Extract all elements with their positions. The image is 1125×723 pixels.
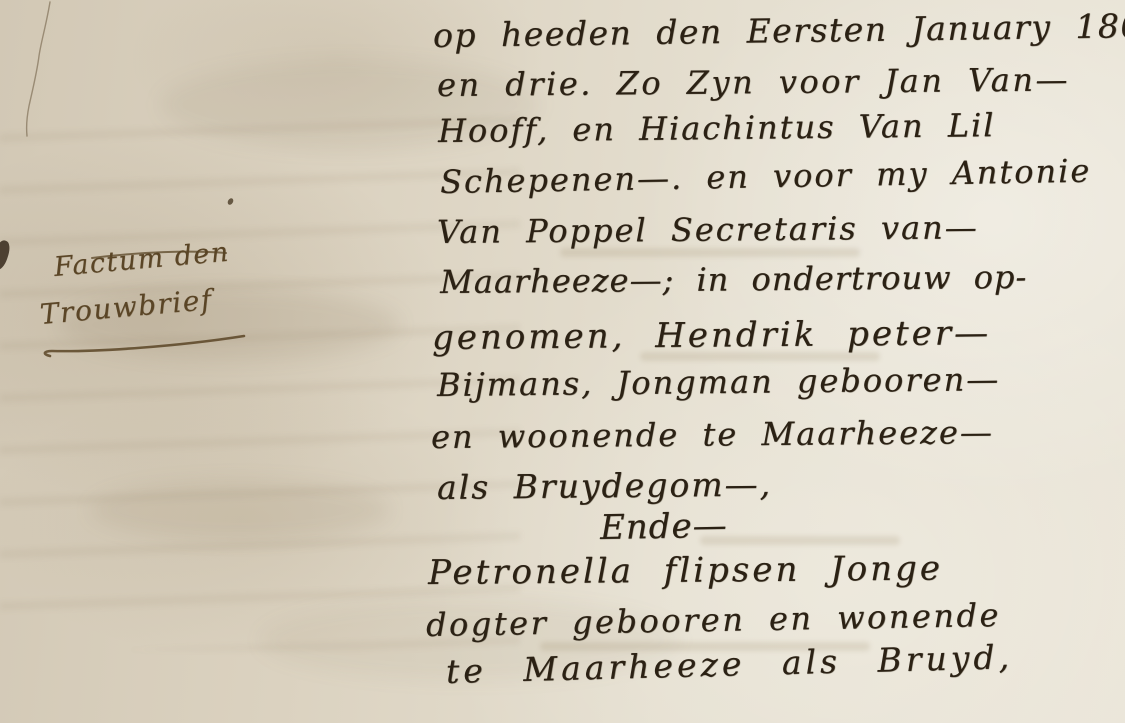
margin-note-underline-flourish xyxy=(45,336,244,356)
handwritten-line: Petronella flipsen Jonge xyxy=(428,549,943,593)
handwritten-line: Bijmans, Jongman gebooren— xyxy=(437,360,1001,404)
margin-note: Factum den Trouwbrief xyxy=(30,244,290,364)
handwritten-line: Hooff, en Hiachintus Van Lil xyxy=(438,106,996,150)
margin-note-line: Factum den xyxy=(53,237,231,283)
handwritten-line: Ende— xyxy=(600,506,728,548)
handwritten-line: Schepenen—. en voor my Antonie xyxy=(440,152,1092,201)
ink-fleck xyxy=(227,197,235,206)
manuscript-page: Factum den Trouwbrief op heeden den Eers… xyxy=(0,0,1125,723)
handwritten-line: op heeden den Eersten January 1800 xyxy=(433,6,1125,55)
handwritten-line: te Maarheeze als Bruyd, xyxy=(445,637,1013,691)
paper-crease-line xyxy=(0,0,120,140)
handwritten-line: Van Poppel Secretaris van— xyxy=(437,208,979,251)
handwritten-line: en woonende te Maarheeze— xyxy=(431,413,994,456)
handwritten-line: en drie. Zo Zyn voor Jan Van— xyxy=(437,60,1070,104)
margin-note-line: Trouwbrief xyxy=(39,283,214,331)
handwritten-line: Maarheeze—; in ondertrouw op- xyxy=(440,258,1028,301)
paper-stain xyxy=(90,480,390,540)
handwritten-line: als Bruydegom—, xyxy=(437,464,772,507)
edge-ink-mark xyxy=(0,239,12,272)
bleedthrough-stain xyxy=(700,536,900,545)
handwritten-line: dogter gebooren en wonende xyxy=(426,596,1001,644)
handwritten-line: genomen, Hendrik peter— xyxy=(432,313,991,358)
